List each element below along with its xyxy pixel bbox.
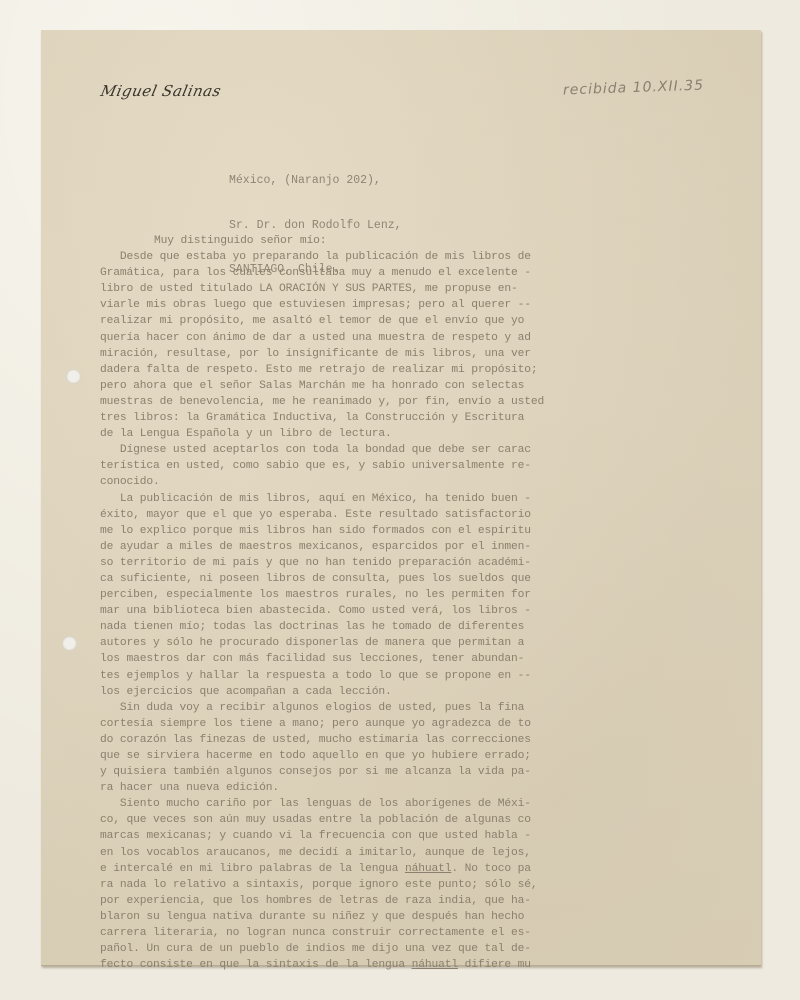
underlined-word: náhuatl [405,863,451,875]
underlined-word: náhuatl [412,959,458,971]
letter-page: Miguel Salinas recibida 10.XII.35 México… [41,30,761,966]
body-line: marcas mexicanas; y cuando vi la frecuen… [100,828,750,844]
body-line: realizar mi propósito, me asaltó el temo… [100,313,750,329]
body-line: pero ahora que el señor Salas Marchán me… [100,378,750,394]
body-line: los ejercicios que acompañan a cada lecc… [100,684,750,700]
body-line: Siento mucho cariño por las lenguas de l… [100,796,750,812]
body-line: éxito, mayor que el que yo esperaba. Est… [100,507,750,523]
body-line: mar una biblioteca bien abastecida. Como… [100,603,750,619]
body-line: fecto consiste en que la sintaxis de la … [100,957,750,973]
body-line: perciben, especialmente los maestros rur… [100,587,750,603]
body-line: por experiencia, que los hombres de letr… [100,893,750,909]
body-line: en los vocablos araucanos, me decidí a i… [100,845,750,861]
body-line: Desde que estaba yo preparando la public… [100,249,750,265]
body-line: de ayudar a miles de maestros mexicanos,… [100,539,750,555]
body-line: tes ejemplos y hallar la respuesta a tod… [100,668,750,684]
address-line: Sr. Dr. don Rodolfo Lenz, [229,219,402,234]
body-line: de la Lengua Española y un libro de lect… [100,426,750,442]
body-line: cortesía siempre los tiene a mano; pero … [100,716,750,732]
body-line: carrera literaria, no logran nunca const… [100,925,750,941]
body-line: blaron su lengua nativa durante su niñez… [100,909,750,925]
salutation: Muy distinguido señor mío: [100,233,750,249]
body-line: que se sirviera hacerme en todo aquello … [100,748,750,764]
body-line: dadera falta de respeto. Esto me retrajo… [100,362,750,378]
punch-hole-bottom [62,636,77,651]
body-line: terística en usted, como sabio que es, y… [100,458,750,474]
body-line: e intercalé en mi libro palabras de la l… [100,861,750,877]
body-line: ra nada lo relativo a sintaxis, porque i… [100,877,750,893]
body-line: me lo explico porque mis libros han sido… [100,523,750,539]
body-line: tres libros: la Gramática Inductiva, la … [100,410,750,426]
body-line: ra hacer una nueva edición. [100,780,750,796]
body-line: ca suficiente, ni poseen libros de consu… [100,571,750,587]
body-line: los maestros dar con más facilidad sus l… [100,651,750,667]
body-line: libro de usted titulado LA ORACIÓN Y SUS… [100,281,750,297]
address-line: México, (Naranjo 202), [229,174,402,190]
body-line: miración, resultase, por lo insignifican… [100,346,750,362]
body-line: nada tienen mío; todas las doctrinas las… [100,619,750,635]
letter-body: Muy distinguido señor mío: Desde que est… [100,233,750,973]
letterhead-signature: Miguel Salinas [99,82,223,100]
body-line: La publicación de mis libros, aquí en Mé… [100,491,750,507]
body-line: Dígnese usted aceptarlos con toda la bon… [100,442,750,458]
body-line: do corazón las finezas de usted, mucho e… [100,732,750,748]
body-line: Gramática, para los cuales consultaba mu… [100,265,750,281]
body-line: y quisiera también algunos consejos por … [100,764,750,780]
body-line: pañol. Un cura de un pueblo de indios me… [100,941,750,957]
body-line: so territorio de mi país y que no han te… [100,555,750,571]
handwritten-received-note: recibida 10.XII.35 [563,78,705,99]
body-line: co, que veces son aún muy usadas entre l… [100,812,750,828]
body-line: muestras de benevolencia, me he reanimad… [100,394,750,410]
body-line: Sin duda voy a recibir algunos elogios d… [100,700,750,716]
body-line: conocido. [100,474,750,490]
body-line: viarle mis obras luego que estuviesen im… [100,297,750,313]
body-line: autores y sólo he procurado disponerlas … [100,635,750,651]
body-line: quería hacer con ánimo de dar a usted un… [100,330,750,346]
punch-hole-top [66,369,81,384]
